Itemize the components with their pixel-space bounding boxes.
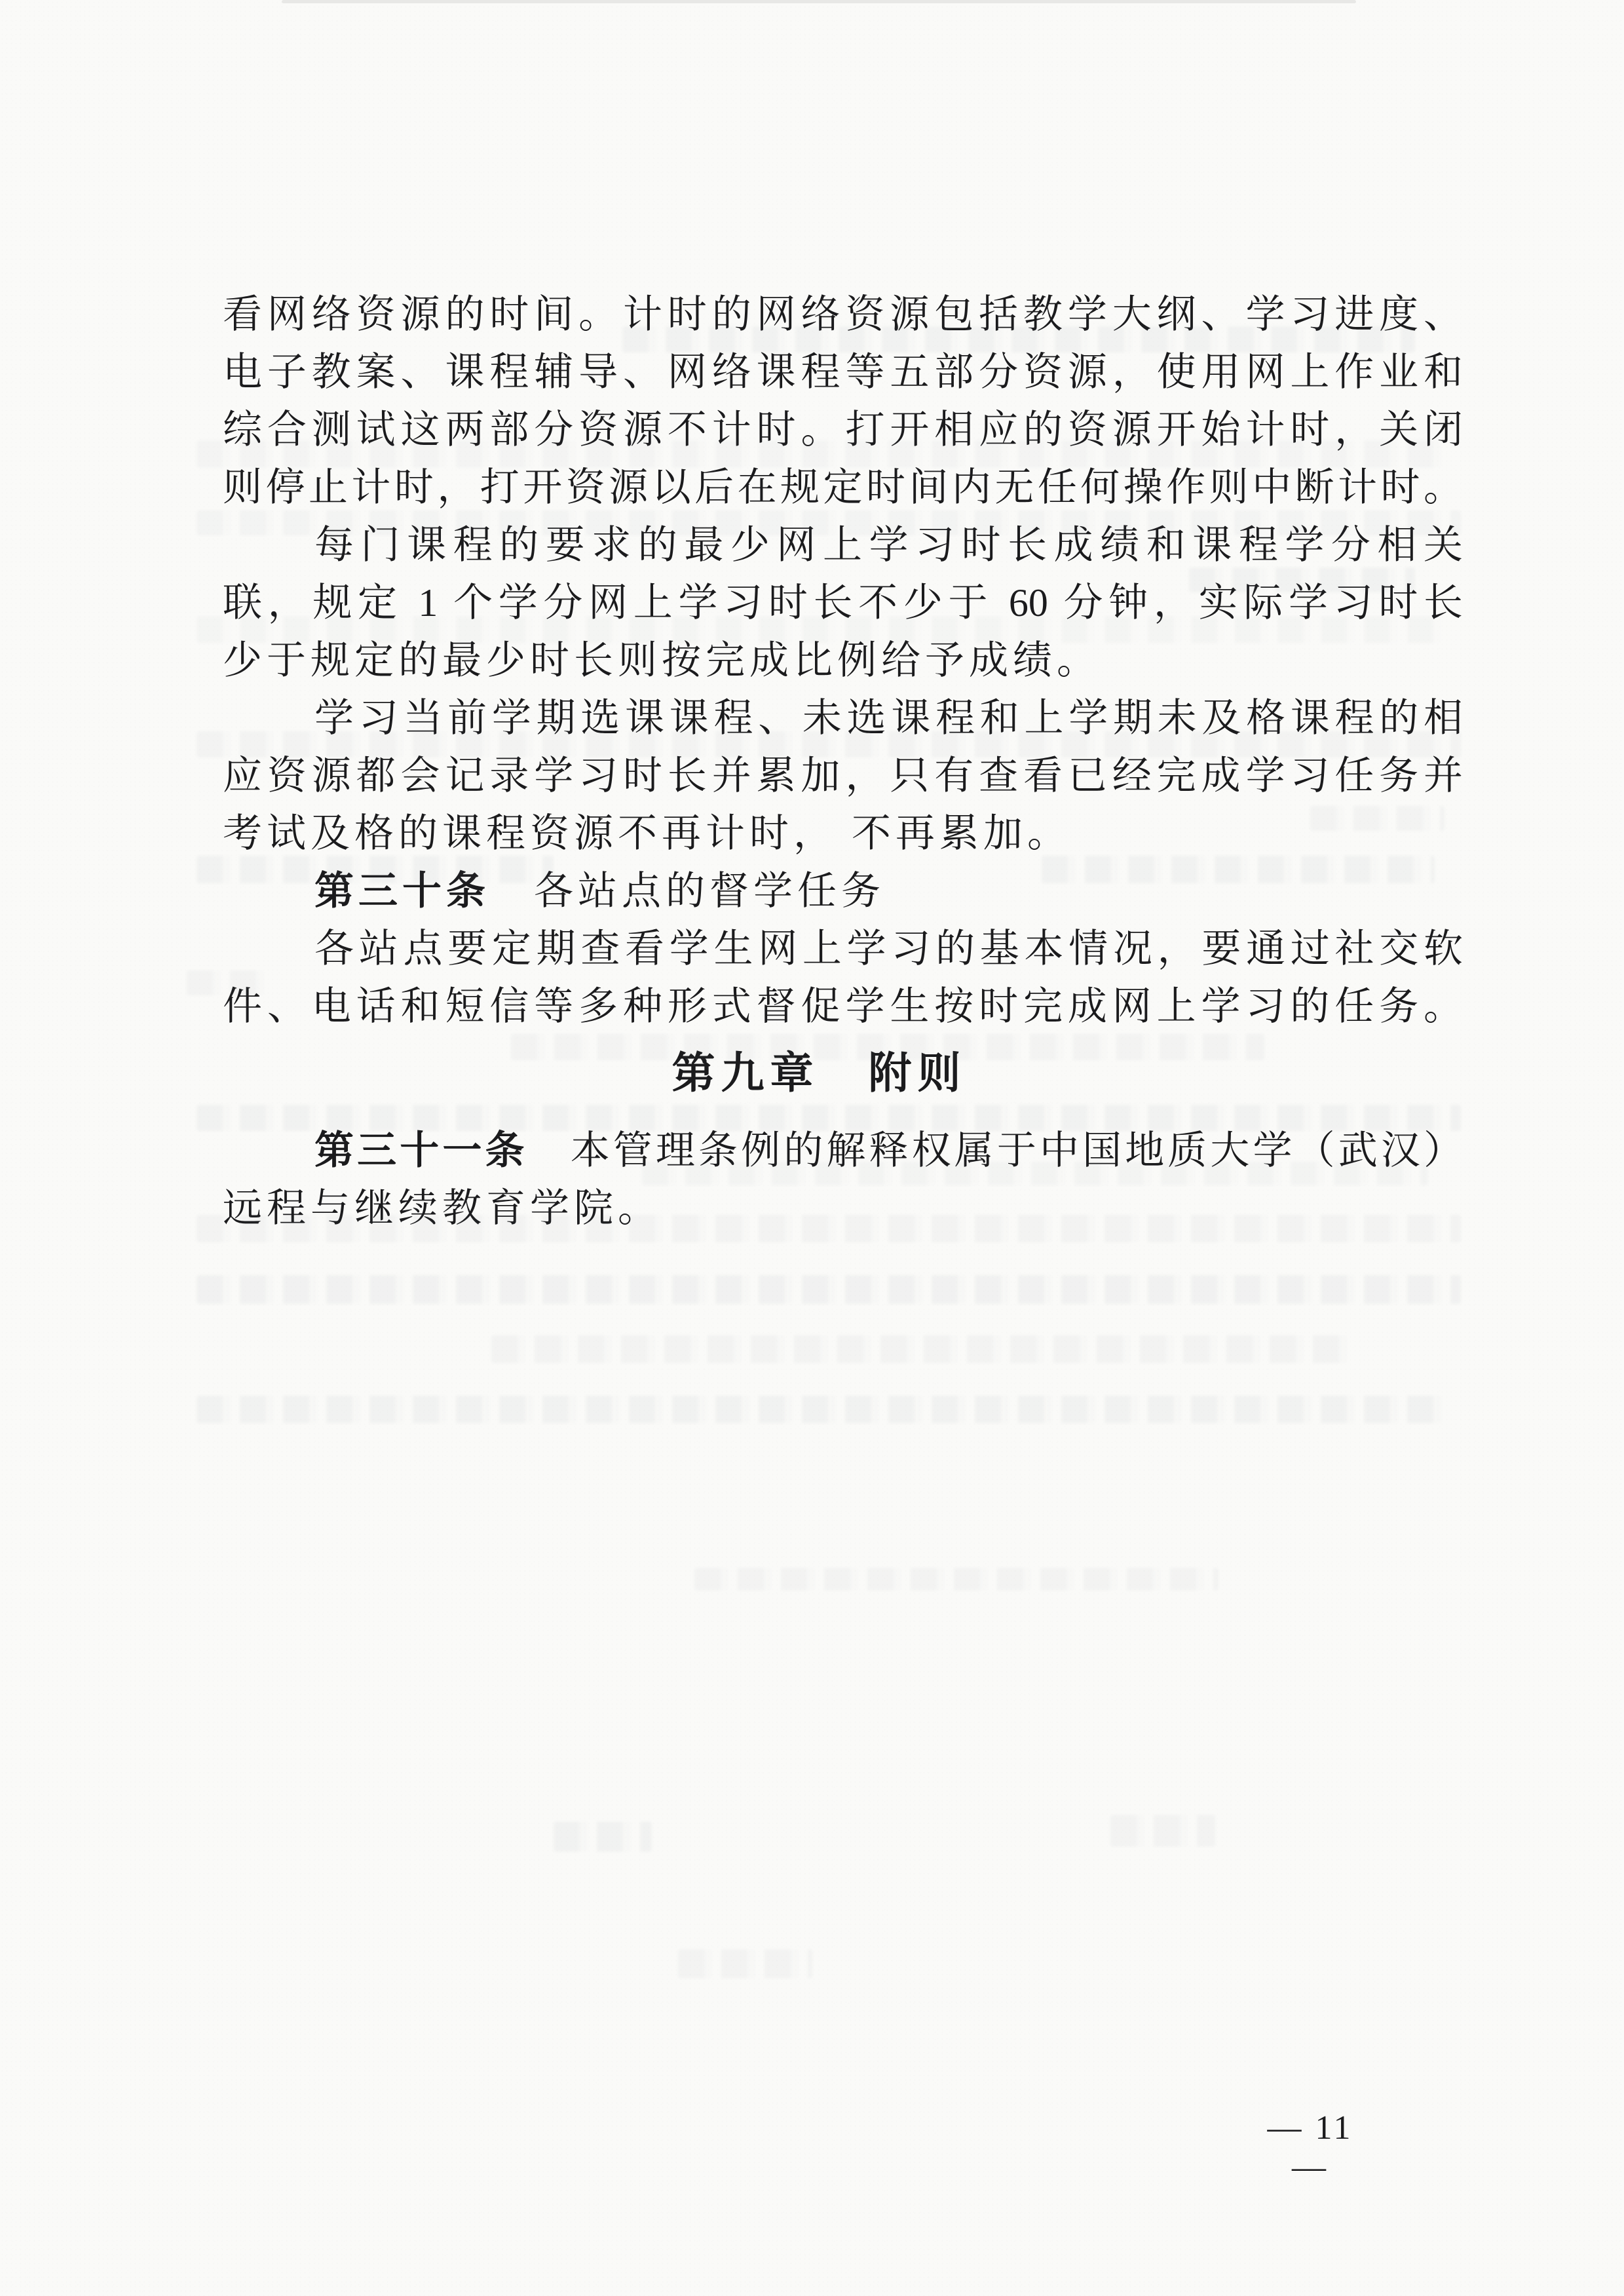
- text-line: 电子教案、课程辅导、网络课程等五部分资源，使用网上作业和: [223, 347, 1463, 397]
- text-line: 应资源都会记录学习时长并累加，只有查看已经完成学习任务并: [223, 751, 1463, 801]
- text-line: 件、电话和短信等多种形式督促学生按时完成网上学习的任务。: [223, 982, 1463, 1031]
- bleedthrough-mark: [511, 1034, 1264, 1060]
- page-number: — 11 —: [1245, 2109, 1376, 2148]
- bleedthrough-mark: [694, 1568, 1218, 1590]
- text-run: 少于规定的最少时长则按完成比例给予成绩。: [223, 639, 1101, 682]
- text-line: 各站点要定期查看学生网上学习的基本情况，要通过社交软: [223, 924, 1463, 974]
- bleedthrough-mark: [1110, 1815, 1215, 1846]
- text-run: 各站点要定期查看学生网上学习的基本情况，要通过社交软: [314, 927, 1463, 970]
- bleedthrough-mark: [197, 1215, 1461, 1242]
- bleedthrough-mark: [197, 1105, 1461, 1131]
- bleedthrough-mark: [1042, 856, 1435, 883]
- text-line: 则停止计时，打开资源以后在规定时间内无任何操作则中断计时。: [223, 463, 1463, 512]
- bleedthrough-mark: [197, 731, 1461, 757]
- text-run: 件、电话和短信等多种形式督促学生按时完成网上学习的任务。: [223, 985, 1463, 1028]
- text-run: 应资源都会记录学习时长并累加，只有查看已经完成学习任务并: [223, 754, 1463, 797]
- document-page: 看网络资源的时间。计时的网络资源包括教学大纲、学习进度、电子教案、课程辅导、网络…: [0, 0, 1624, 2296]
- text-run: 则停止计时，打开资源以后在规定时间内无任何操作则中断计时。: [223, 466, 1463, 509]
- text-line: 考试及格的课程资源不再计时， 不再累加。: [223, 809, 1463, 858]
- bleedthrough-mark: [197, 1275, 1461, 1304]
- bleedthrough-mark: [187, 970, 272, 995]
- bleedthrough-mark: [678, 1949, 812, 1978]
- bleedthrough-mark: [554, 1822, 652, 1852]
- bleedthrough-mark: [197, 856, 554, 883]
- bleedthrough-mark: [197, 510, 1461, 535]
- bleedthrough-mark: [622, 326, 1415, 353]
- text-run: 电子教案、课程辅导、网络课程等五部分资源，使用网上作业和: [223, 351, 1463, 394]
- bleedthrough-mark: [1310, 806, 1445, 831]
- bleedthrough-mark: [197, 440, 1441, 468]
- bleedthrough-mark: [197, 616, 1441, 643]
- text-run: 考试及格的课程资源不再计时， 不再累加。: [223, 812, 1071, 855]
- bleedthrough-mark: [1189, 567, 1415, 592]
- bleedthrough-mark: [197, 1396, 1448, 1423]
- bleedthrough-mark: [642, 1162, 1428, 1185]
- article-number: 第三十一条: [314, 1129, 528, 1172]
- bleedthrough-mark: [491, 1335, 1350, 1363]
